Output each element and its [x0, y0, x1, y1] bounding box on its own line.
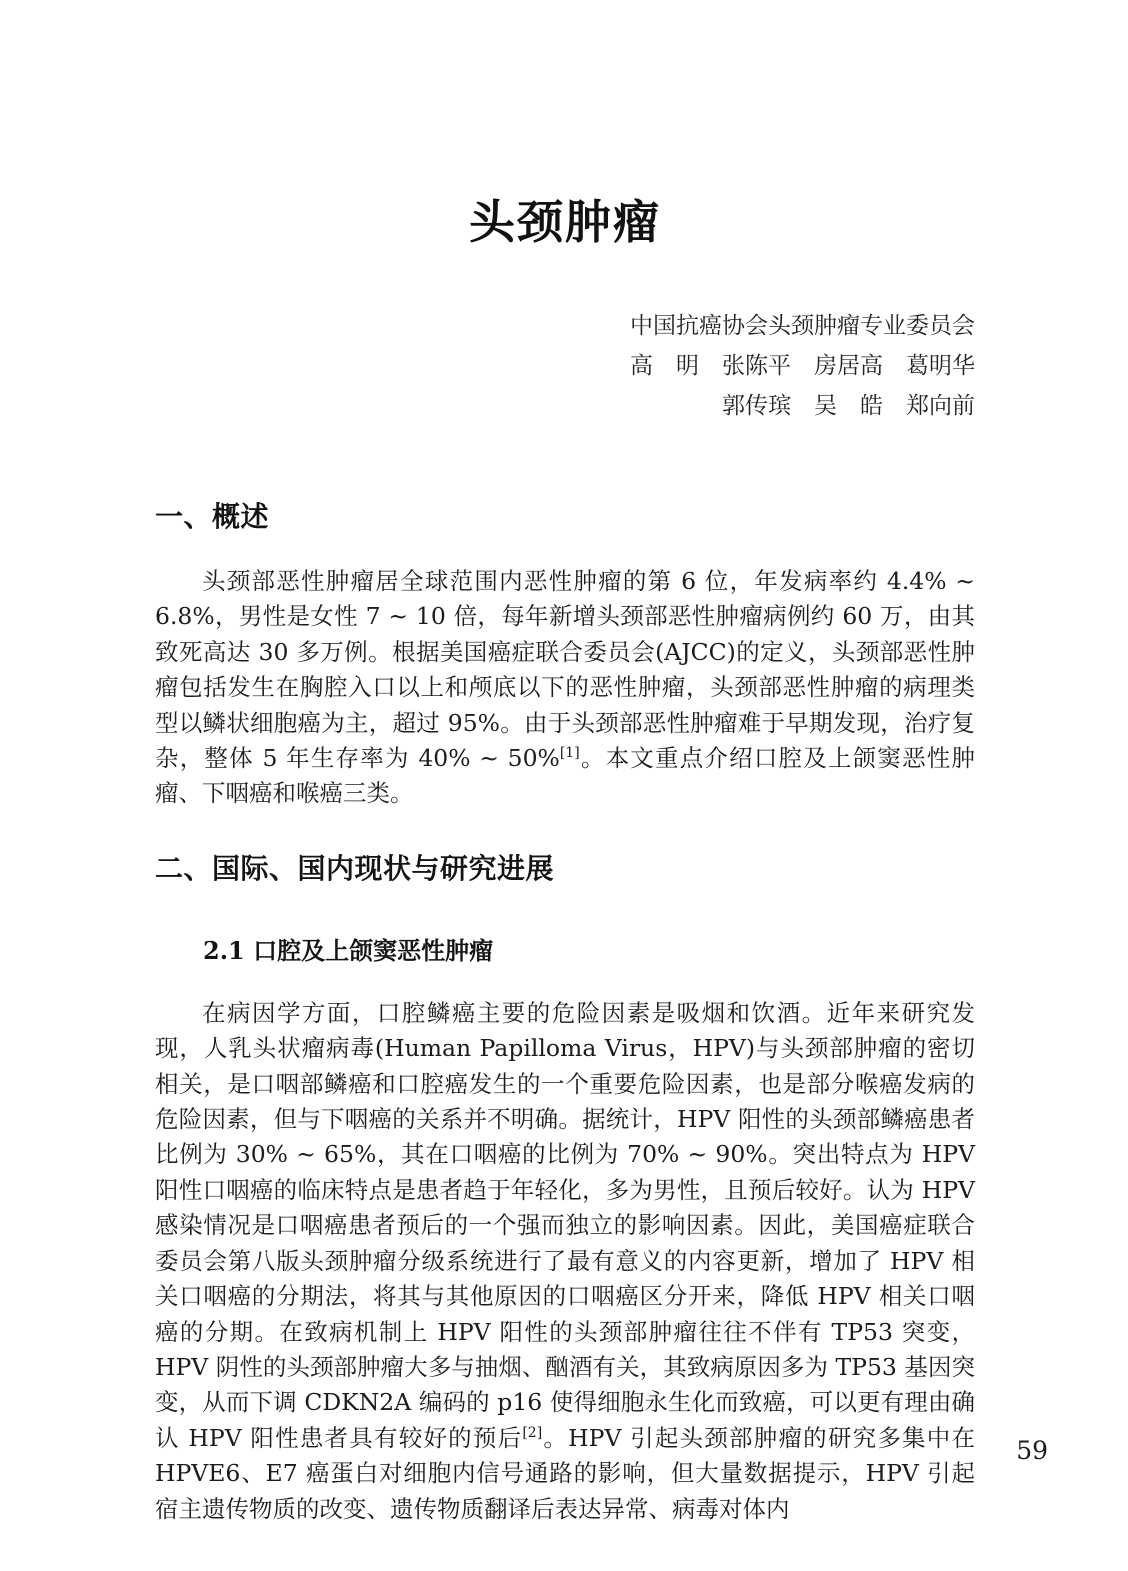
section-heading-overview: 一、概述 — [155, 500, 975, 534]
overview-paragraph-text: 头颈部恶性肿瘤居全球范围内恶性肿瘤的第 6 位，年发病率约 4.4% ~ 6.8… — [155, 567, 975, 772]
page-number: 59 — [1016, 1437, 1048, 1465]
author-block: 中国抗癌协会头颈肿瘤专业委员会 高 明 张陈平 房居高 葛明华 郭传瑸 吴 皓 … — [155, 306, 975, 426]
reference-1: [1] — [560, 745, 580, 761]
overview-paragraph: 头颈部恶性肿瘤居全球范围内恶性肿瘤的第 6 位，年发病率约 4.4% ~ 6.8… — [155, 564, 975, 812]
status-paragraph-text: 在病因学方面，口腔鳞癌主要的危险因素是吸烟和饮酒。近年来研究发现，人乳头状瘤病毒… — [155, 999, 975, 1452]
reference-2: [2] — [522, 1425, 542, 1441]
author-line-3: 郭传瑸 吴 皓 郑向前 — [155, 386, 975, 426]
page-title: 头颈肿瘤 — [155, 0, 975, 252]
document-page: 头颈肿瘤 中国抗癌协会头颈肿瘤专业委员会 高 明 张陈平 房居高 葛明华 郭传瑸… — [0, 0, 1128, 1571]
status-paragraph: 在病因学方面，口腔鳞癌主要的危险因素是吸烟和饮酒。近年来研究发现，人乳头状瘤病毒… — [155, 996, 975, 1527]
section-heading-status: 二、国际、国内现状与研究进展 — [155, 852, 975, 886]
subsection-heading-oral: 2.1 口腔及上颌窦恶性肿瘤 — [155, 936, 975, 966]
author-committee: 中国抗癌协会头颈肿瘤专业委员会 — [155, 306, 975, 346]
page-content: 头颈肿瘤 中国抗癌协会头颈肿瘤专业委员会 高 明 张陈平 房居高 葛明华 郭传瑸… — [155, 0, 975, 1527]
author-line-2: 高 明 张陈平 房居高 葛明华 — [155, 346, 975, 386]
